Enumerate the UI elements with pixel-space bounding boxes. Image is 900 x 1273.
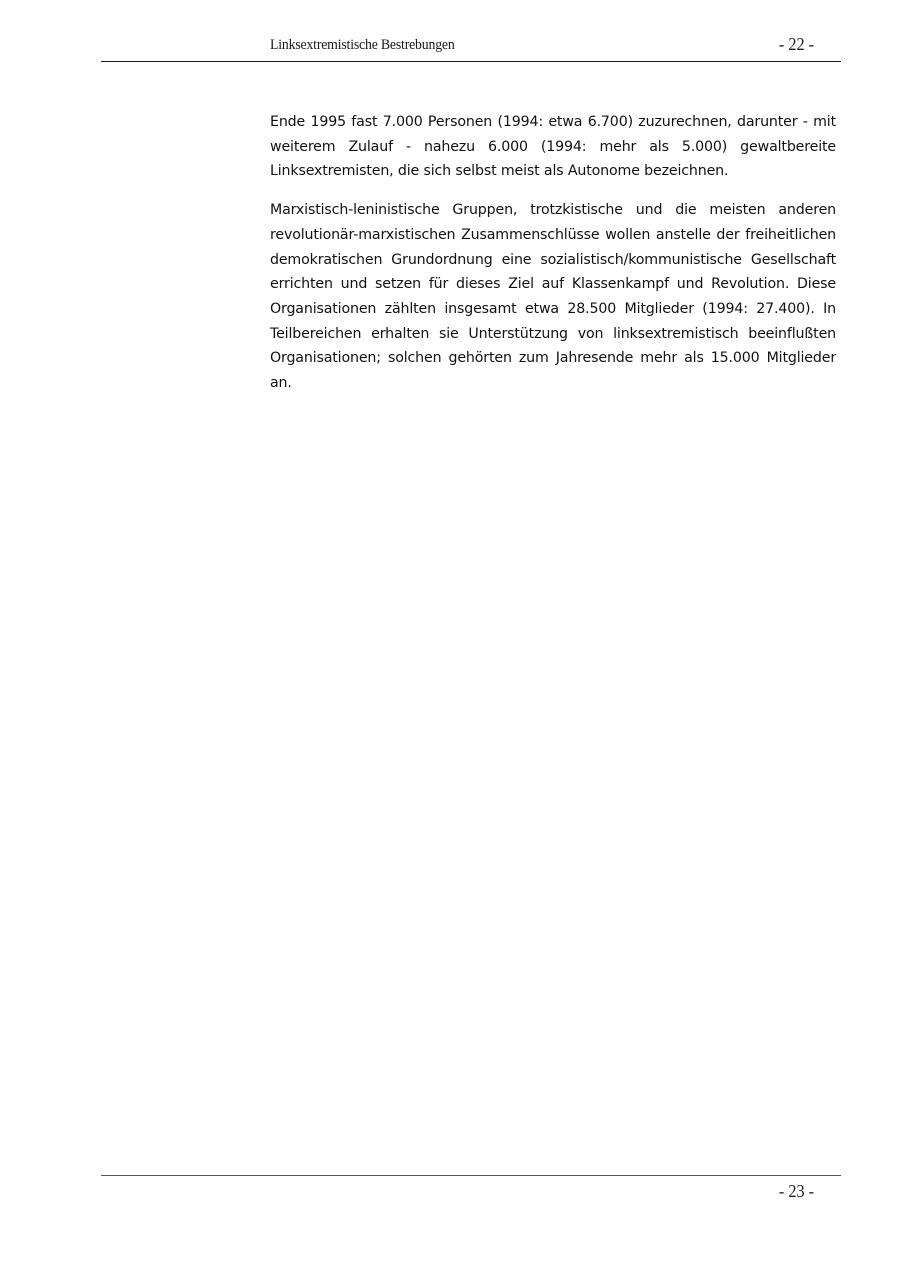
header-title: Linksextremistische Bestrebungen	[270, 37, 455, 54]
running-header: Linksextremistische Bestrebungen - 22 -	[101, 33, 841, 62]
body-text: Ende 1995 fast 7.000 Personen (1994: etw…	[270, 110, 836, 410]
paragraph: Ende 1995 fast 7.000 Personen (1994: etw…	[270, 110, 836, 184]
footer-page-number: - 23 -	[779, 1181, 814, 1202]
header-page-number: - 22 -	[779, 34, 814, 55]
paragraph: Marxistisch-leninistische Gruppen, trotz…	[270, 198, 836, 396]
running-footer: - 23 -	[101, 1175, 841, 1216]
